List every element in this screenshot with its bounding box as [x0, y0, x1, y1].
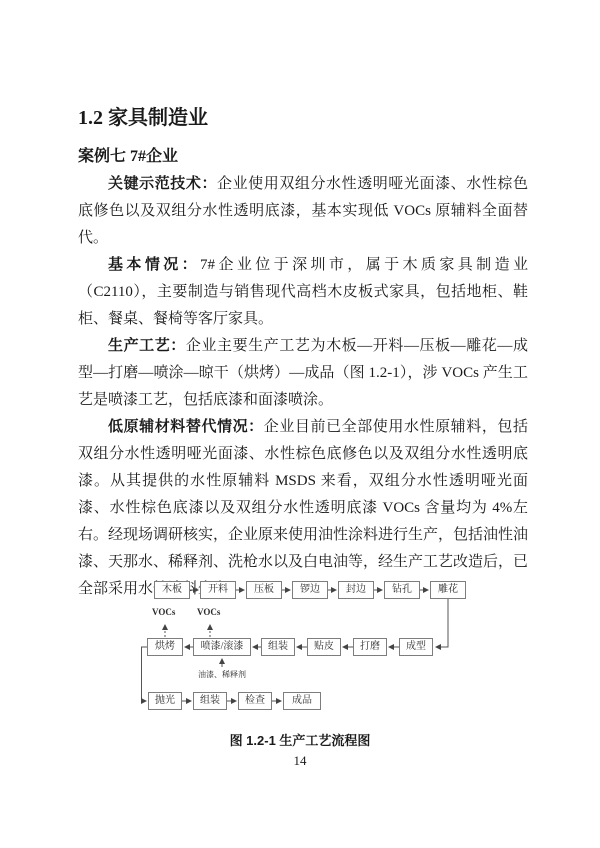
flow-step-drilling: 钻孔 [384, 581, 420, 599]
flow-step-veneering: 贴皮 [307, 638, 341, 656]
paint-thinner-input-label: 油漆、稀释剂 [192, 669, 252, 680]
paragraph-text: 企业目前已全部使用水性原辅料，包括双组分水性透明哑光面漆、水性棕色底修色以及双组… [78, 419, 528, 597]
flow-step-pressing: 压板 [246, 581, 282, 599]
flow-step-edge-routing: 锣边 [292, 581, 328, 599]
paragraph-production-process: 生产工艺：企业主要生产工艺为木板—开料—压板—雕花—成型—打磨—喷涂—晾干（烘烤… [78, 333, 528, 414]
vocs-emission-label: VOCs [197, 607, 220, 617]
flow-step-forming: 成型 [399, 638, 433, 656]
paragraph-key-technology: 关键示范技术：企业使用双组分水性透明哑光面漆、水性棕色底修色以及双组分水性透明底… [78, 171, 528, 252]
flow-step-carving: 雕花 [430, 581, 466, 599]
figure-caption: 图 1.2-1 生产工艺流程图 [0, 730, 600, 749]
flow-step-assembly-2: 组装 [193, 692, 227, 710]
flow-step-inspection: 检查 [238, 692, 272, 710]
flow-step-baking: 烘烤 [147, 638, 183, 656]
production-process-flowchart: 木板 开料 压板 锣边 封边 钻孔 雕花 VOCs VOCs 烘烤 喷漆/滚漆 … [140, 572, 480, 722]
flow-step-assembly-1: 组装 [261, 638, 295, 656]
paragraph-lead: 关键示范技术： [108, 176, 217, 192]
paragraph-lead: 低原辅材料替代情况： [108, 419, 264, 435]
flow-step-spray-roller-painting: 喷漆/滚漆 [193, 638, 251, 656]
case-heading: 案例七 7#企业 [78, 145, 528, 169]
text-column: 1.2 家具制造业 案例七 7#企业 关键示范技术：企业使用双组分水性透明哑光面… [78, 104, 528, 603]
vocs-emission-label: VOCs [152, 607, 175, 617]
flow-step-cutting: 开料 [200, 581, 236, 599]
paragraph-lead: 生产工艺： [108, 338, 186, 354]
flow-step-sanding: 打磨 [353, 638, 387, 656]
flow-step-edge-banding: 封边 [338, 581, 374, 599]
flow-step-polishing: 抛光 [148, 692, 182, 710]
document-page: { "page": { "section_heading": "1.2 家具制造… [0, 0, 600, 848]
paragraph-lead: 基本情况： [108, 257, 200, 273]
flow-step-finished-product: 成品 [283, 692, 321, 710]
paragraph-basic-info: 基本情况：7#企业位于深圳市，属于木质家具制造业（C2110），主要制造与销售现… [78, 252, 528, 333]
page-number: 14 [0, 753, 600, 769]
body-paragraphs: 关键示范技术：企业使用双组分水性透明哑光面漆、水性棕色底修色以及双组分水性透明底… [78, 171, 528, 603]
section-heading: 1.2 家具制造业 [78, 104, 528, 132]
flow-step-wood-board: 木板 [154, 581, 190, 599]
